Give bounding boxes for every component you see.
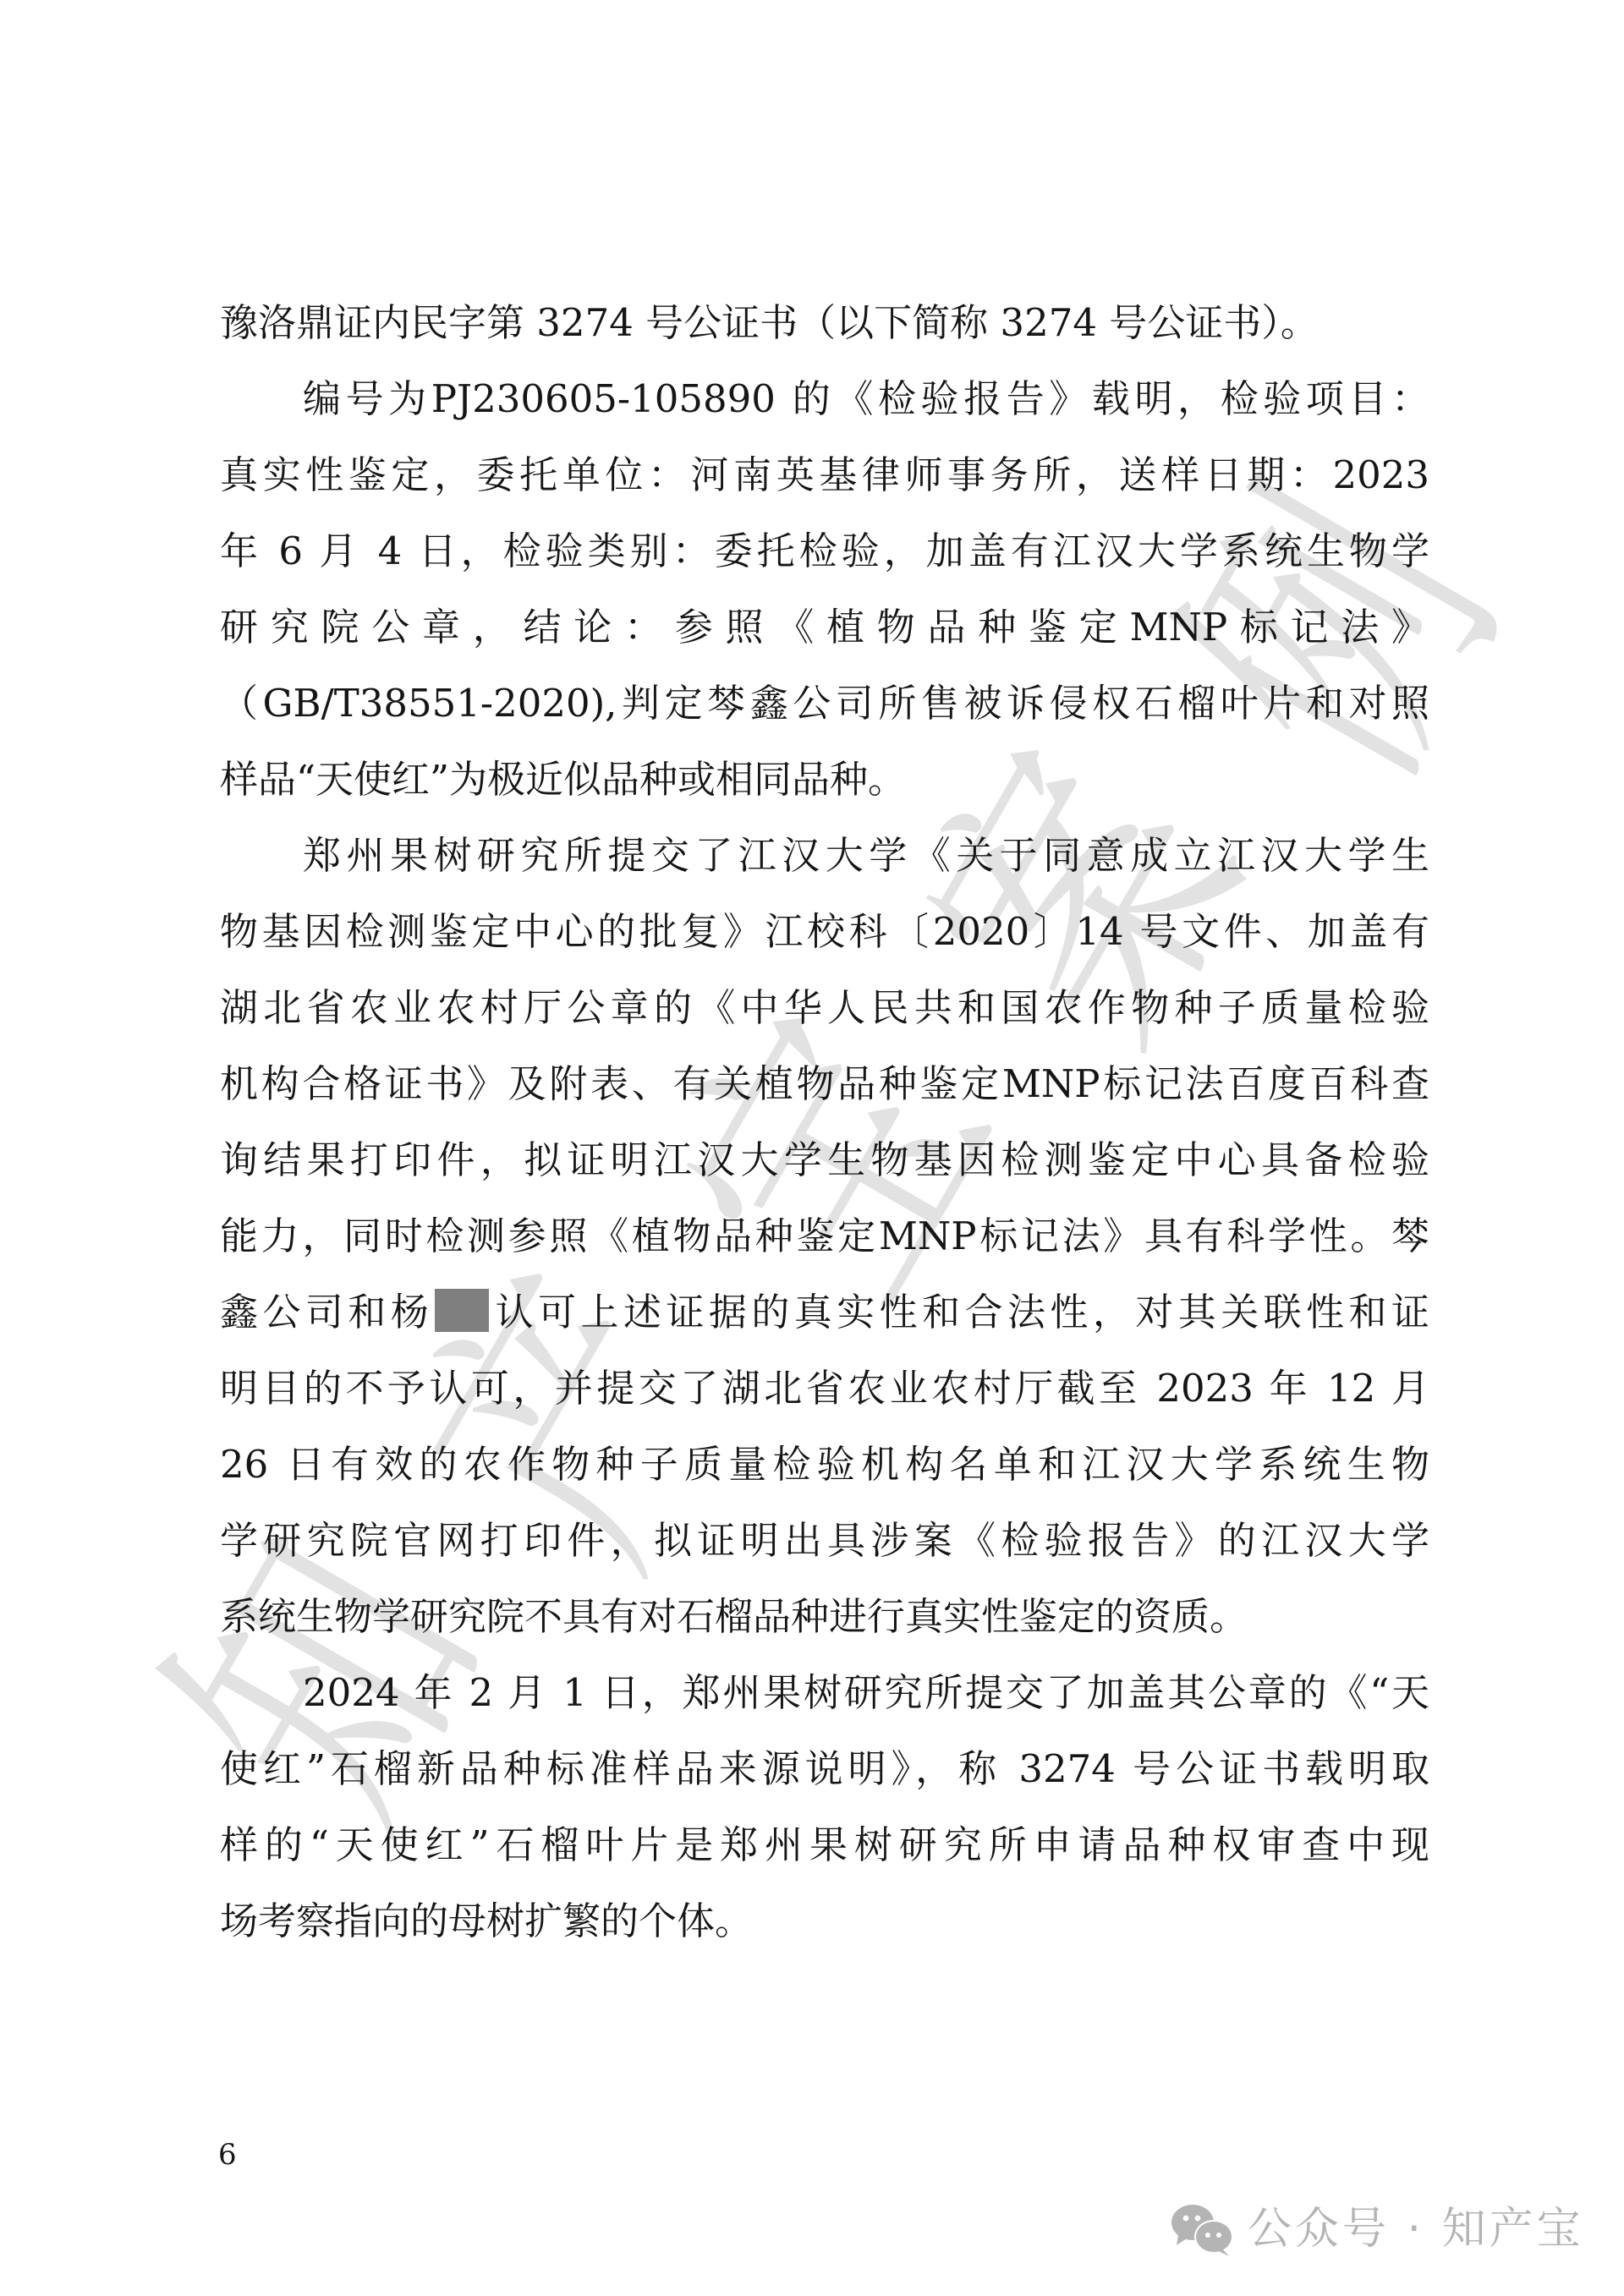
- text-line: （GB/T38551-2020),判定棽鑫公司所售被诉侵权石榴叶片和对照: [220, 678, 1429, 729]
- text-line: 豫洛鼎证内民字第 3274 号公证书（以下简称 3274 号公证书）。: [220, 298, 1429, 348]
- text-line: 样品“天使红”为极近似品种或相同品种。: [220, 754, 1429, 805]
- text-line: 研 究 院 公 章 ， 结 论 ： 参 照 《 植 物 品 种 鉴 定 MNP …: [220, 602, 1429, 653]
- text-line: 年 6 月 4 日，检验类别：委托检验，加盖有江汉大学系统生物学: [220, 526, 1429, 577]
- text-line-with-redaction: 鑫公司和杨认可上述证据的真实性和合法性，对其关联性和证: [220, 1287, 1429, 1338]
- page-number: 6: [218, 2138, 237, 2172]
- document-page: 知 产 宝 案 例 豫洛鼎证内民字第 3274 号公证书（以下简称 3274 号…: [0, 0, 1624, 2296]
- text-line: 能力，同时检测参照《植物品种鉴定MNP标记法》具有科学性。棽: [220, 1211, 1429, 1262]
- text-line: 编号为PJ230605-105890 的《检验报告》载明，检验项目：: [303, 374, 1429, 425]
- text-line: 询结果打印件，拟证明江汉大学生物基因检测鉴定中心具备检验: [220, 1135, 1429, 1186]
- text-segment: 鑫公司和杨: [220, 1290, 433, 1334]
- text-line: 系统生物学研究院不具有对石榴品种进行真实性鉴定的资质。: [220, 1592, 1429, 1642]
- text-segment: 认可上述证据的真实性和合法性，对其关联性和证: [491, 1290, 1429, 1334]
- text-line: 机构合格证书》及附表、有关植物品种鉴定MNP标记法百度百科查: [220, 1059, 1429, 1110]
- footer-watermark: 公众号 · 知产宝: [1170, 2199, 1584, 2260]
- text-line: 郑州果树研究所提交了江汉大学《关于同意成立江汉大学生: [303, 830, 1429, 881]
- text-line: 真实性鉴定，委托单位：河南英基律师事务所，送样日期：2023: [220, 450, 1429, 501]
- footer-account-label: 公众号 · 知产宝: [1248, 2204, 1584, 2255]
- text-line: 湖北省农业农村厅公章的《中华人民共和国农作物种子质量检验: [220, 983, 1429, 1033]
- text-line: 样的“天使红”石榴叶片是郑州果树研究所申请品种权审查中现: [220, 1820, 1429, 1871]
- text-line: 场考察指向的母树扩繁的个体。: [220, 1896, 1429, 1947]
- text-line: 明目的不予认可，并提交了湖北省农业农村厅截至 2023 年 12 月: [220, 1363, 1429, 1414]
- wechat-icon: [1170, 2201, 1236, 2257]
- text-line: 学研究院官网打印件，拟证明出具涉案《检验报告》的江汉大学: [220, 1515, 1429, 1566]
- redaction-block: [435, 1289, 489, 1332]
- text-line: 使红”石榴新品种标准样品来源说明》，称 3274 号公证书载明取: [220, 1744, 1429, 1795]
- text-line: 物基因检测鉴定中心的批复》江校科〔2020〕14 号文件、加盖有: [220, 907, 1429, 957]
- text-line: 2024 年 2 月 1 日，郑州果树研究所提交了加盖其公章的《“天: [303, 1668, 1429, 1718]
- text-line: 26 日有效的农作物种子质量检验机构名单和江汉大学系统生物: [220, 1439, 1429, 1490]
